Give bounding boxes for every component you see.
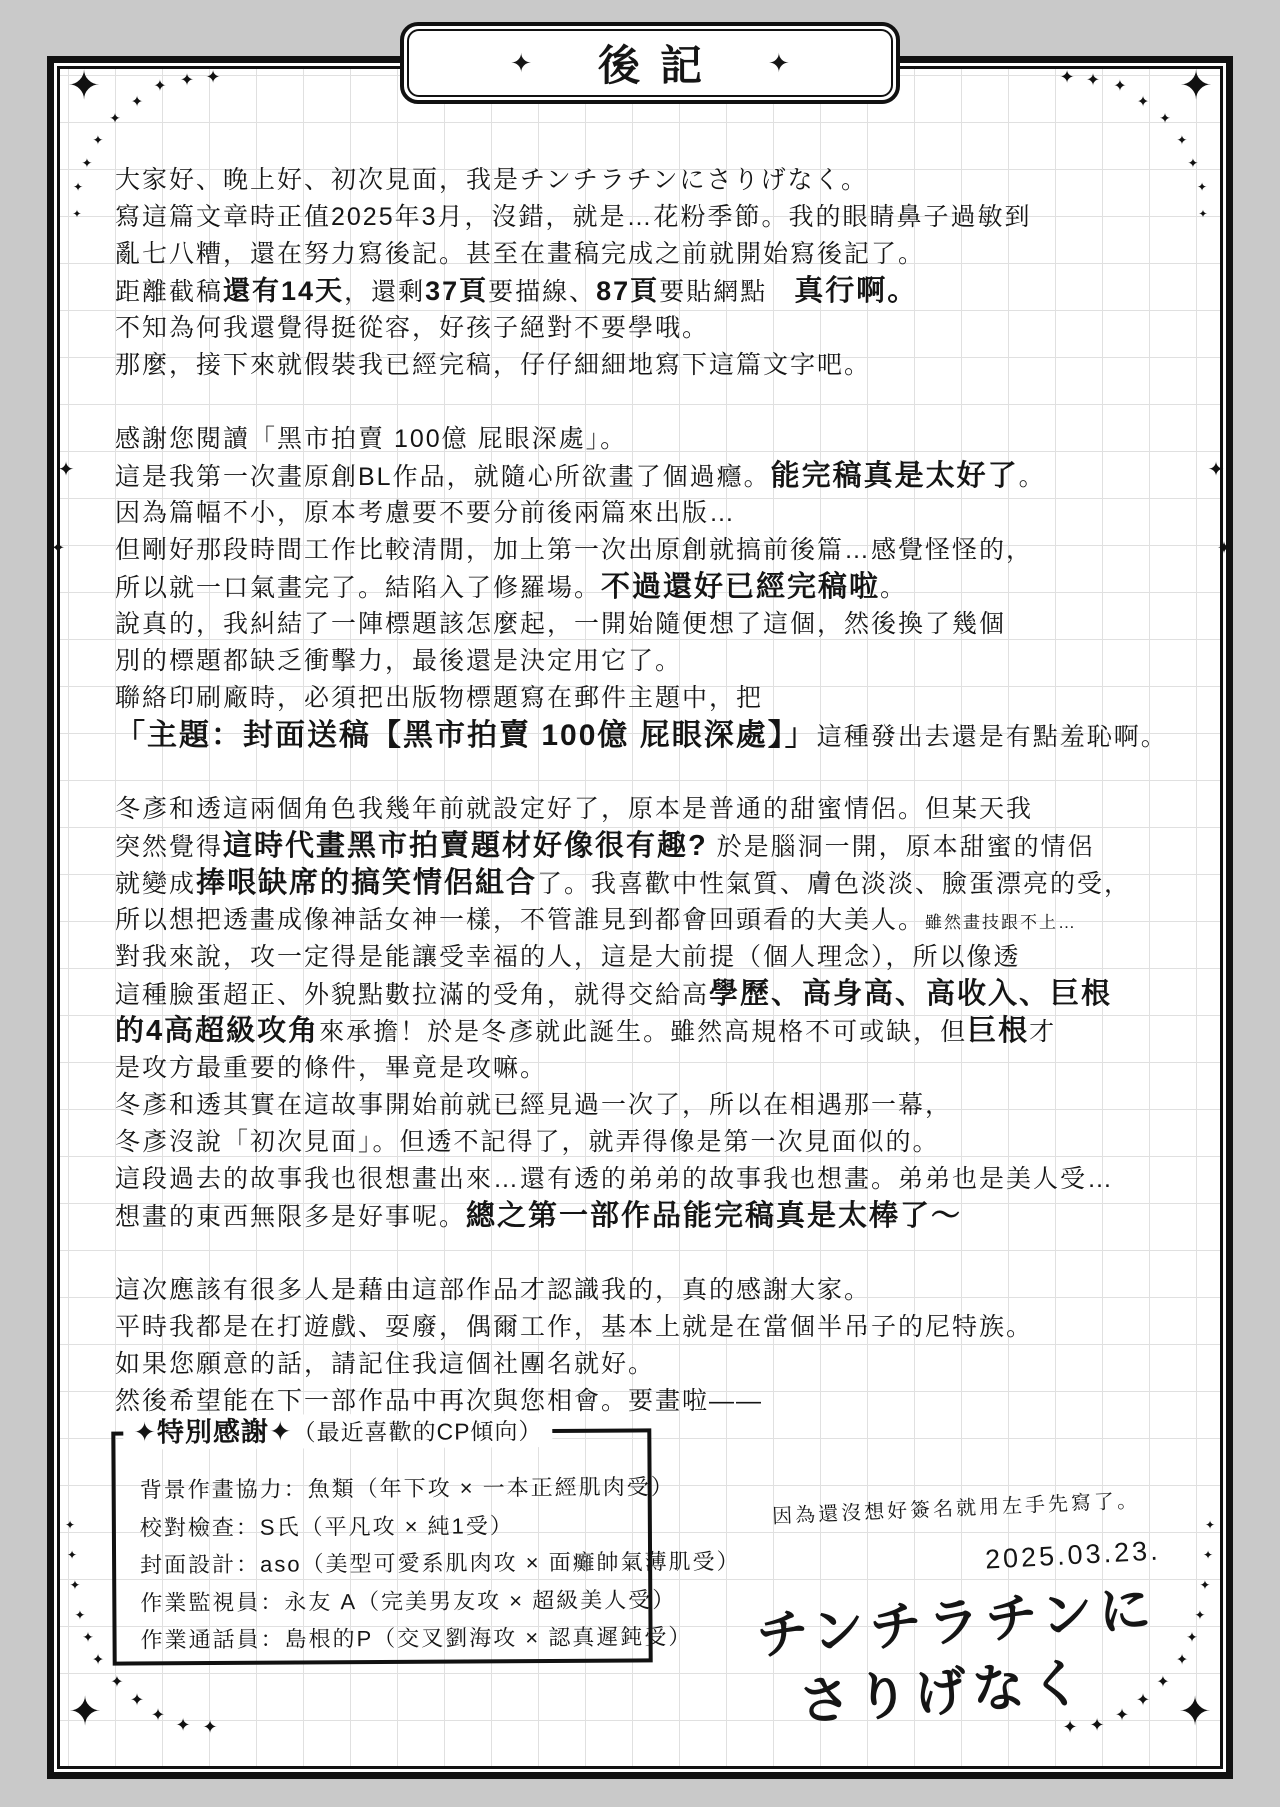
text-line: 想畫的東西無限多是好事呢。總之第一部作品能完稿真是太棒了～	[115, 1198, 1180, 1235]
blank-line	[115, 384, 1180, 421]
text-line: 這是我第一次畫原創BL作品，就隨心所欲畫了個過癮。能完稿真是太好了。	[115, 458, 1180, 495]
credit-line: 背景作畫協力：魚類（年下攻 × 一本正經肌肉受）	[140, 1468, 648, 1509]
credit-line: 作業通話員：島根的P（交叉劉海攻 × 認真遲鈍受）	[140, 1618, 648, 1659]
text-line: 因為篇幅不小，原本考慮要不要分前後兩篇來出版…	[115, 495, 1180, 532]
text-line: 大家好、晚上好、初次見面，我是チンチラチンにさりげなく。	[115, 162, 1180, 199]
text-line: 說真的，我糾結了一陣標題該怎麼起，一開始隨便想了這個，然後換了幾個	[115, 606, 1180, 643]
text-line: 寫這篇文章時正值2025年3月，沒錯，就是…花粉季節。我的眼睛鼻子過敏到	[115, 199, 1180, 236]
text-line: 所以就一口氣畫完了。結陷入了修羅場。不過還好已經完稿啦。	[115, 569, 1180, 606]
text-line: 突然覺得這時代畫黑市拍賣題材好像很有趣? 於是腦洞一開，原本甜蜜的情侶	[115, 828, 1180, 865]
text-line: 但剛好那段時間工作比較清閒，加上第一次出原創就搞前後篇…感覺怪怪的，	[115, 532, 1180, 569]
title-banner: ✦ 後記 ✦	[400, 22, 900, 104]
page-background: { "colors": { "canvas_bg": "#c9c9c9", "p…	[0, 0, 1280, 1807]
blank-line	[115, 1235, 1180, 1272]
text-line: 「主題：封面送稿【黑市拍賣 100億 屁眼深處】」這種發出去還是有點羞恥啊。	[115, 717, 1180, 754]
text-line: 這次應該有很多人是藉由這部作品才認識我的，真的感謝大家。	[115, 1272, 1180, 1309]
text-line: 的4高超級攻角來承擔！於是冬彥就此誕生。雖然高規格不可或缺，但巨根才	[115, 1013, 1180, 1050]
text-line: 冬彥沒說「初次見面」。但透不記得了，就弄得像是第一次見面似的。	[115, 1124, 1180, 1161]
credit-line: 作業監視員：永友 A（完美男友攻 × 超級美人受）	[140, 1581, 648, 1622]
text-line: 所以想把透畫成像神話女神一樣，不管誰見到都會回頭看的大美人。雖然畫技跟不上…	[115, 902, 1180, 939]
text-line: 那麼，接下來就假裝我已經完稿，仔仔細細地寫下這篇文字吧。	[115, 347, 1180, 384]
credit-line: 校對檢查：S氏（平凡攻 × 純1受）	[140, 1506, 648, 1547]
thanks-subtitle: （最近喜歡的CP傾向）	[292, 1418, 542, 1446]
title-banner-inner: ✦ 後記 ✦	[407, 29, 893, 97]
text-line: 感謝您閱讀「黑市拍賣 100億 屁眼深處」。	[115, 421, 1180, 458]
text-line: 別的標題都缺乏衝擊力，最後還是決定用它了。	[115, 643, 1180, 680]
page-title: 後記	[578, 33, 722, 93]
sparkle-icon: ✦	[768, 50, 790, 76]
thanks-title: ✦特別感謝✦	[133, 1417, 292, 1448]
text-line: 平時我都是在打遊戲、耍廢，偶爾工作，基本上就是在當個半吊子的尼特族。	[115, 1309, 1180, 1346]
text-line: 聯絡印刷廠時，必須把出版物標題寫在郵件主題中，把	[115, 680, 1180, 717]
thanks-header: ✦特別感謝✦（最近喜歡的CP傾向）	[123, 1413, 552, 1450]
text-line: 冬彥和透其實在這故事開始前就已經見過一次了，所以在相遇那一幕，	[115, 1087, 1180, 1124]
text-line: 這種臉蛋超正、外貌點數拉滿的受角，就得交給高學歷、高身高、高收入、巨根	[115, 976, 1180, 1013]
credit-line: 封面設計：aso（美型可愛系肌肉攻 × 面癱帥氣薄肌受）	[140, 1543, 648, 1584]
text-line: 這段過去的故事我也很想畫出來…還有透的弟弟的故事我也想畫。弟弟也是美人受…	[115, 1161, 1180, 1198]
text-line: 對我來說，攻一定得是能讓受幸福的人，這是大前提（個人理念），所以像透	[115, 939, 1180, 976]
afterword-text: 大家好、晚上好、初次見面，我是チンチラチンにさりげなく。寫這篇文章時正值2025…	[115, 162, 1180, 1420]
text-line: 冬彥和透這兩個角色我幾年前就設定好了，原本是普通的甜蜜情侶。但某天我	[115, 791, 1180, 828]
text-line: 如果您願意的話，請記住我這個社團名就好。	[115, 1346, 1180, 1383]
text-line: 就變成捧哏缺席的搞笑情侶組合了。我喜歡中性氣質、膚色淡淡、臉蛋漂亮的受，	[115, 865, 1180, 902]
blank-line	[115, 754, 1180, 791]
thanks-list: 背景作畫協力：魚類（年下攻 × 一本正經肌肉受）校對檢查：S氏（平凡攻 × 純1…	[115, 1432, 648, 1659]
text-line: 距離截稿還有14天，還剩37頁要描線、87頁要貼網點 真行啊。	[115, 273, 1180, 310]
text-line: 不知為何我還覺得挺從容，好孩子絕對不要學哦。	[115, 310, 1180, 347]
thanks-box: ✦特別感謝✦（最近喜歡的CP傾向） 背景作畫協力：魚類（年下攻 × 一本正經肌肉…	[111, 1428, 652, 1665]
text-line: 是攻方最重要的條件，畢竟是攻嘛。	[115, 1050, 1180, 1087]
sparkle-icon: ✦	[510, 50, 532, 76]
text-line: 亂七八糟，還在努力寫後記。甚至在畫稿完成之前就開始寫後記了。	[115, 236, 1180, 273]
